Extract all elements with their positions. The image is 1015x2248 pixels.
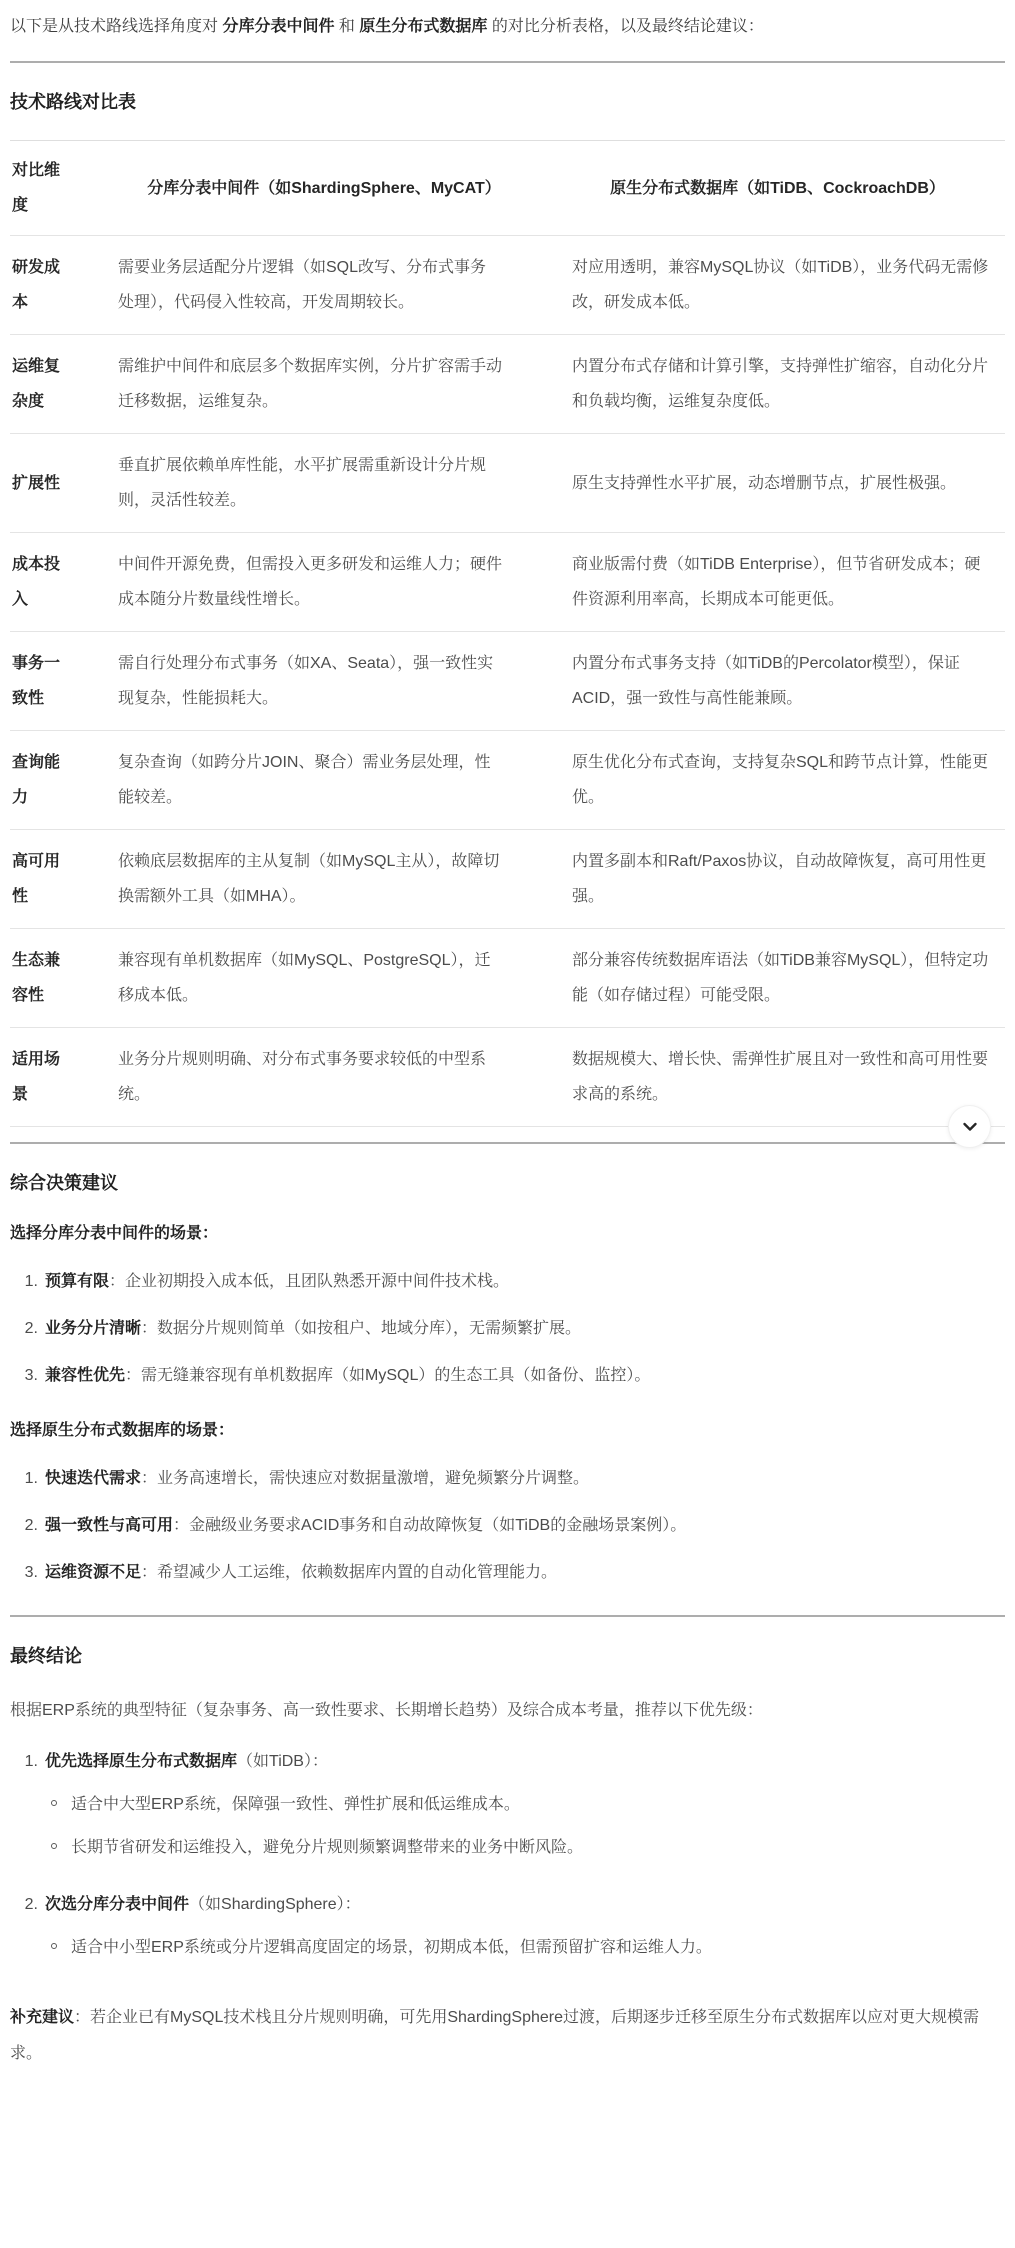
subhead-native-db-scenarios: 选择原生分布式数据库的场景： <box>10 1418 1005 1444</box>
intro-prefix: 以下是从技术路线选择角度对 <box>10 18 222 35</box>
list-number: 3. <box>22 1556 38 1589</box>
list-number: 2. <box>22 1888 38 1921</box>
intro-suffix: 的对比分析表格，以及最终结论建议： <box>487 18 763 35</box>
cell-native: 内置多副本和Raft/Paxos协议，自动故障恢复，高可用性更强。 <box>550 830 1005 929</box>
list-item: 3. 兼容性优先：需无缝兼容现有单机数据库（如MySQL）的生态工具（如备份、监… <box>10 1359 1005 1392</box>
list-desc: ：希望减少人工运维，依赖数据库内置的自动化管理能力。 <box>141 1564 557 1581</box>
supplement-term: 补充建议 <box>10 2009 74 2026</box>
comparison-table: 对比维度 分库分表中间件（如ShardingSphere、MyCAT） 原生分布… <box>10 140 1005 1127</box>
list-desc: ：企业初期投入成本低，且团队熟悉开源中间件技术栈。 <box>109 1273 509 1290</box>
list-number: 1. <box>22 1745 38 1778</box>
sub-list-text: 长期节省研发和运维投入，避免分片规则频繁调整带来的业务中断风险。 <box>71 1839 583 1856</box>
list-term: 快速迭代需求 <box>45 1470 141 1487</box>
cell-dimension: 生态兼容性 <box>10 929 98 1028</box>
list-term-rest: （如TiDB）： <box>237 1753 328 1770</box>
sub-list-text: 适合中小型ERP系统或分片逻辑高度固定的场景，初期成本低，但需预留扩容和运维人力… <box>71 1939 712 1956</box>
cell-middleware: 业务分片规则明确、对分布式事务要求较低的中型系统。 <box>98 1028 550 1127</box>
list-item: 3. 运维资源不足：希望减少人工运维，依赖数据库内置的自动化管理能力。 <box>10 1556 1005 1589</box>
table-row: 查询能力 复杂查询（如跨分片JOIN、聚合）需业务层处理，性能较差。 原生优化分… <box>10 731 1005 830</box>
column-header-native: 原生分布式数据库（如TiDB、CockroachDB） <box>550 141 1005 236</box>
list-term-rest: （如ShardingSphere）： <box>189 1896 361 1913</box>
cell-native: 对应用透明，兼容MySQL协议（如TiDB），业务代码无需修改，研发成本低。 <box>550 236 1005 335</box>
list-term: 业务分片清晰 <box>45 1320 141 1337</box>
list-term: 预算有限 <box>45 1273 109 1290</box>
cell-native: 数据规模大、增长快、需弹性扩展且对一致性和高可用性要求高的系统。 <box>550 1028 1005 1127</box>
circle-bullet-icon <box>51 1943 57 1949</box>
conclusion-sub-list: 适合中小型ERP系统或分片逻辑高度固定的场景，初期成本低，但需预留扩容和运维人力… <box>45 1931 1005 1964</box>
list-number: 2. <box>22 1312 38 1345</box>
list-item: 1. 预算有限：企业初期投入成本低，且团队熟悉开源中间件技术栈。 <box>10 1265 1005 1298</box>
table-row: 扩展性 垂直扩展依赖单库性能，水平扩展需重新设计分片规则，灵活性较差。 原生支持… <box>10 434 1005 533</box>
cell-middleware: 需要业务层适配分片逻辑（如SQL改写、分布式事务处理），代码侵入性较高，开发周期… <box>98 236 550 335</box>
intro-middle: 和 <box>334 18 359 35</box>
list-number: 1. <box>22 1265 38 1298</box>
list-number: 3. <box>22 1359 38 1392</box>
conclusion-paragraph: 根据ERP系统的典型特征（复杂事务、高一致性要求、长期增长趋势）及综合成本考量，… <box>10 1694 1005 1727</box>
table-row: 研发成本 需要业务层适配分片逻辑（如SQL改写、分布式事务处理），代码侵入性较高… <box>10 236 1005 335</box>
middleware-scenario-list: 1. 预算有限：企业初期投入成本低，且团队熟悉开源中间件技术栈。 2. 业务分片… <box>10 1265 1005 1392</box>
list-term: 兼容性优先 <box>45 1367 125 1384</box>
list-item: 2. 强一致性与高可用：金融级业务要求ACID事务和自动故障恢复（如TiDB的金… <box>10 1509 1005 1542</box>
cell-native: 原生优化分布式查询，支持复杂SQL和跨节点计算，性能更优。 <box>550 731 1005 830</box>
list-item: 1. 快速迭代需求：业务高速增长，需快速应对数据量激增，避免频繁分片调整。 <box>10 1462 1005 1495</box>
section-divider <box>10 1127 1005 1144</box>
cell-dimension: 事务一致性 <box>10 632 98 731</box>
cell-dimension: 成本投入 <box>10 533 98 632</box>
cell-middleware: 需维护中间件和底层多个数据库实例，分片扩容需手动迁移数据，运维复杂。 <box>98 335 550 434</box>
cell-middleware: 依赖底层数据库的主从复制（如MySQL主从），故障切换需额外工具（如MHA）。 <box>98 830 550 929</box>
list-number: 2. <box>22 1509 38 1542</box>
cell-native: 商业版需付费（如TiDB Enterprise），但节省研发成本；硬件资源利用率… <box>550 533 1005 632</box>
cell-middleware: 需自行处理分布式事务（如XA、Seata），强一致性实现复杂，性能损耗大。 <box>98 632 550 731</box>
list-item: 2. 业务分片清晰：数据分片规则简单（如按租户、地域分库），无需频繁扩展。 <box>10 1312 1005 1345</box>
sub-list-item: 适合中小型ERP系统或分片逻辑高度固定的场景，初期成本低，但需预留扩容和运维人力… <box>45 1931 1005 1964</box>
list-desc: ：需无缝兼容现有单机数据库（如MySQL）的生态工具（如备份、监控）。 <box>125 1367 650 1384</box>
cell-dimension: 高可用性 <box>10 830 98 929</box>
table-row: 运维复杂度 需维护中间件和底层多个数据库实例，分片扩容需手动迁移数据，运维复杂。… <box>10 335 1005 434</box>
chevron-down-icon <box>960 1117 980 1137</box>
column-header-middleware: 分库分表中间件（如ShardingSphere、MyCAT） <box>98 141 550 236</box>
list-desc: ：数据分片规则简单（如按租户、地域分库），无需频繁扩展。 <box>141 1320 581 1337</box>
list-item: 1. 优先选择原生分布式数据库（如TiDB）： 适合中大型ERP系统，保障强一致… <box>10 1745 1005 1874</box>
list-number: 1. <box>22 1462 38 1495</box>
table-row: 成本投入 中间件开源免费，但需投入更多研发和运维人力；硬件成本随分片数量线性增长… <box>10 533 1005 632</box>
cell-dimension: 适用场景 <box>10 1028 98 1127</box>
cell-native: 原生支持弹性水平扩展，动态增删节点，扩展性极强。 <box>550 434 1005 533</box>
scroll-to-bottom-button[interactable] <box>948 1105 991 1148</box>
list-desc: ：金融级业务要求ACID事务和自动故障恢复（如TiDB的金融场景案例）。 <box>173 1517 686 1534</box>
cell-dimension: 查询能力 <box>10 731 98 830</box>
table-row: 生态兼容性 兼容现有单机数据库（如MySQL、PostgreSQL），迁移成本低… <box>10 929 1005 1028</box>
list-desc: ：业务高速增长，需快速应对数据量激增，避免频繁分片调整。 <box>141 1470 589 1487</box>
circle-bullet-icon <box>51 1800 57 1806</box>
subhead-middleware-scenarios: 选择分库分表中间件的场景： <box>10 1221 1005 1247</box>
sub-list-item: 适合中大型ERP系统，保障强一致性、弹性扩展和低运维成本。 <box>45 1788 1005 1821</box>
native-db-scenario-list: 1. 快速迭代需求：业务高速增长，需快速应对数据量激增，避免频繁分片调整。 2.… <box>10 1462 1005 1589</box>
table-row: 高可用性 依赖底层数据库的主从复制（如MySQL主从），故障切换需额外工具（如M… <box>10 830 1005 929</box>
cell-dimension: 运维复杂度 <box>10 335 98 434</box>
table-header-row: 对比维度 分库分表中间件（如ShardingSphere、MyCAT） 原生分布… <box>10 141 1005 236</box>
intro-bold-native-db: 原生分布式数据库 <box>359 18 487 35</box>
sub-list-item: 长期节省研发和运维投入，避免分片规则频繁调整带来的业务中断风险。 <box>45 1831 1005 1864</box>
column-header-dimension: 对比维度 <box>10 141 98 236</box>
sub-list-text: 适合中大型ERP系统，保障强一致性、弹性扩展和低运维成本。 <box>71 1796 520 1813</box>
cell-native: 部分兼容传统数据库语法（如TiDB兼容MySQL），但特定功能（如存储过程）可能… <box>550 929 1005 1028</box>
conclusion-priority-list: 1. 优先选择原生分布式数据库（如TiDB）： 适合中大型ERP系统，保障强一致… <box>10 1745 1005 1974</box>
cell-dimension: 研发成本 <box>10 236 98 335</box>
cell-native: 内置分布式事务支持（如TiDB的Percolator模型），保证ACID，强一致… <box>550 632 1005 731</box>
list-term: 强一致性与高可用 <box>45 1517 173 1534</box>
list-term: 次选分库分表中间件 <box>45 1896 189 1913</box>
decision-section-title: 综合决策建议 <box>10 1171 1005 1195</box>
section-divider <box>10 61 1005 63</box>
cell-middleware: 复杂查询（如跨分片JOIN、聚合）需业务层处理，性能较差。 <box>98 731 550 830</box>
conclusion-sub-list: 适合中大型ERP系统，保障强一致性、弹性扩展和低运维成本。 长期节省研发和运维投… <box>45 1788 1005 1864</box>
list-item: 2. 次选分库分表中间件（如ShardingSphere）： 适合中小型ERP系… <box>10 1888 1005 1974</box>
intro-bold-middleware: 分库分表中间件 <box>222 18 334 35</box>
list-term: 优先选择原生分布式数据库 <box>45 1753 237 1770</box>
markdown-answer-content: 以下是从技术路线选择角度对 分库分表中间件 和 原生分布式数据库 的对比分析表格… <box>0 0 1015 2092</box>
supplement-paragraph: 补充建议：若企业已有MySQL技术栈且分片规则明确，可先用ShardingSph… <box>10 2000 1005 2072</box>
cell-middleware: 中间件开源免费，但需投入更多研发和运维人力；硬件成本随分片数量线性增长。 <box>98 533 550 632</box>
section-divider <box>10 1615 1005 1617</box>
list-term: 运维资源不足 <box>45 1564 141 1581</box>
table-row: 适用场景 业务分片规则明确、对分布式事务要求较低的中型系统。 数据规模大、增长快… <box>10 1028 1005 1127</box>
cell-middleware: 垂直扩展依赖单库性能，水平扩展需重新设计分片规则，灵活性较差。 <box>98 434 550 533</box>
table-section-title: 技术路线对比表 <box>10 90 1005 114</box>
conclusion-section-title: 最终结论 <box>10 1644 1005 1668</box>
circle-bullet-icon <box>51 1843 57 1849</box>
table-row: 事务一致性 需自行处理分布式事务（如XA、Seata），强一致性实现复杂，性能损… <box>10 632 1005 731</box>
cell-middleware: 兼容现有单机数据库（如MySQL、PostgreSQL），迁移成本低。 <box>98 929 550 1028</box>
cell-dimension: 扩展性 <box>10 434 98 533</box>
supplement-text: ：若企业已有MySQL技术栈且分片规则明确，可先用ShardingSphere过… <box>10 2009 979 2062</box>
intro-paragraph: 以下是从技术路线选择角度对 分库分表中间件 和 原生分布式数据库 的对比分析表格… <box>10 10 1005 43</box>
cell-native: 内置分布式存储和计算引擎，支持弹性扩缩容，自动化分片和负载均衡，运维复杂度低。 <box>550 335 1005 434</box>
